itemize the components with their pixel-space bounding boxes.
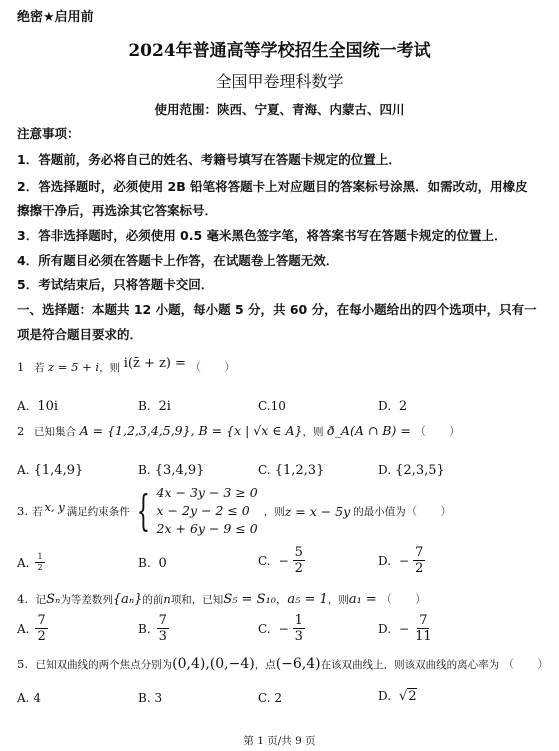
question-2: 2 已知集合 A = {1,2,3,4,5,9}, B = {x | √x ∈ … bbox=[17, 423, 460, 439]
option-a: A. 4 bbox=[17, 691, 41, 705]
option-c: C. {1,2,3} bbox=[258, 463, 324, 478]
option-d: D.−72 bbox=[378, 546, 425, 575]
confidential-label: 绝密★启用前 bbox=[17, 6, 94, 25]
note-item: 5．考试结束后，只将答题卡交回． bbox=[17, 275, 213, 293]
question-number: 3. bbox=[17, 504, 28, 518]
option-d: D. {2,3,5} bbox=[378, 463, 445, 478]
option-b: B. {3,4,9} bbox=[138, 463, 204, 478]
option-d: D. 2 bbox=[378, 399, 407, 414]
section-heading: 一、选择题：本题共 12 小题，每小题 5 分，共 60 分，在每小题给出的四个… bbox=[17, 300, 537, 318]
option-a: A. 10i bbox=[17, 399, 58, 414]
section-heading-cont: 项是符合题目要求的． bbox=[17, 325, 142, 343]
math-expr: z = 5 + i bbox=[48, 360, 99, 374]
answer-blank: （ ） bbox=[414, 424, 460, 438]
note-item: 1．答题前，务必将自己的姓名、考籍号填写在答题卡规定的位置上． bbox=[17, 150, 401, 168]
option-a: A. {1,4,9} bbox=[17, 463, 83, 478]
paper-subtitle: 全国甲卷理科数学 bbox=[0, 69, 559, 92]
question-4: 4. 记Sₙ为等差数列{aₙ}的前n项和，已知S₅ = S₁₀，a₅ = 1，则… bbox=[17, 591, 426, 607]
note-item: 4．所有题目必须在答题卡上作答，在试题卷上答题无效． bbox=[17, 251, 338, 269]
math-expr: A = {1,2,3,4,5,9}, B = {x | √x ∈ A} bbox=[80, 423, 303, 438]
option-b: B. 3 bbox=[138, 691, 162, 705]
option-c: C.−13 bbox=[258, 614, 305, 643]
note-item: 2．答选择题时，必须使用 2B 铅笔将答题卡上对应题目的答案标号涂黑．如需改动，… bbox=[17, 177, 528, 195]
option-c: C.−52 bbox=[258, 546, 305, 575]
question-number: 4. bbox=[17, 592, 28, 606]
usage-scope: 使用范围：陕西、宁夏、青海、内蒙古、四川 bbox=[0, 100, 559, 118]
note-item: 擦擦干净后，再选涂其它答案标号． bbox=[17, 201, 217, 219]
question-number: 2 bbox=[17, 424, 24, 438]
notes-heading: 注意事项： bbox=[17, 124, 80, 142]
option-a: A.72 bbox=[17, 614, 48, 643]
option-d: D.−711 bbox=[378, 614, 434, 643]
option-b: B.73 bbox=[138, 614, 169, 643]
math-expr: i(z̄ + z) = bbox=[124, 356, 186, 371]
option-a: A.12 bbox=[17, 553, 45, 572]
question-5: 5. 已知双曲线的两个焦点分别为(0,4),(0,−4)，点(−6,4)在该双曲… bbox=[17, 656, 549, 672]
option-c: C. 2 bbox=[258, 691, 282, 705]
math-expr: ð_A(A ∩ B) = bbox=[327, 423, 411, 438]
answer-blank: （ ） bbox=[190, 360, 236, 374]
option-b: B. 2i bbox=[138, 399, 171, 414]
question-number: 1 bbox=[17, 360, 24, 374]
exam-title: 2024年普通高等学校招生全国统一考试 bbox=[0, 36, 559, 61]
answer-blank: （ ） bbox=[503, 657, 549, 671]
note-item: 3．答非选择题时，必须使用 0.5 毫米黑色签字笔，将答案书写在答题卡规定的位置… bbox=[17, 226, 507, 244]
constraint-system: 4x − 3y − 3 ≥ 0 x − 2y − 2 ≤ 0 2x + 6y −… bbox=[157, 484, 258, 538]
question-3: 3. 若 x, y 满足约束条件 { 4x − 3y − 3 ≥ 0 x − 2… bbox=[17, 484, 452, 538]
answer-blank: （ ） bbox=[406, 503, 452, 519]
brace-icon: { bbox=[136, 490, 149, 532]
option-c: C.10 bbox=[258, 399, 286, 413]
page-indicator: 第 1 页/共 9 页 bbox=[0, 733, 559, 748]
option-b: B. 0 bbox=[138, 556, 167, 571]
question-number: 5. bbox=[17, 657, 28, 671]
option-d: D.√2 bbox=[378, 689, 417, 704]
question-1: 1 若 z = 5 + i，则 i(z̄ + z) = （ ） bbox=[17, 359, 236, 375]
answer-blank: （ ） bbox=[380, 592, 426, 606]
